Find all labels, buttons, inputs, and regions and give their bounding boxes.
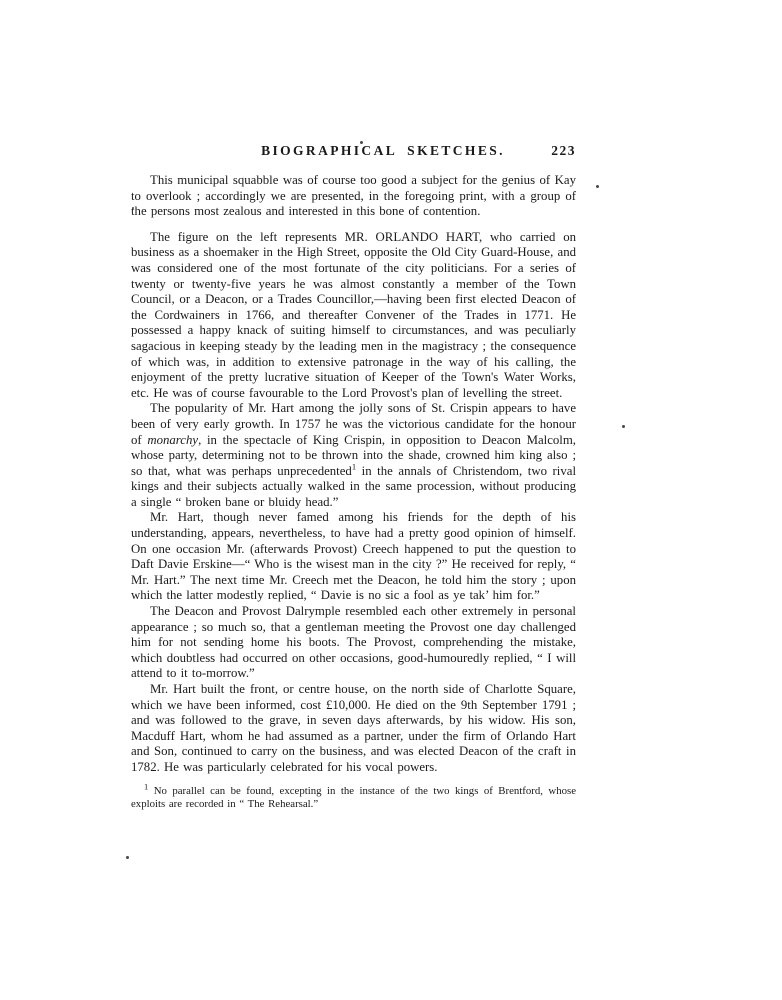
body-paragraphs: This municipal squabble was of course to… <box>131 173 576 776</box>
page-title: BIOGRAPHICAL SKETCHES. <box>261 143 505 159</box>
running-header: BIOGRAPHICAL SKETCHES. 223 <box>131 143 576 160</box>
paragraph-1: This municipal squabble was of course to… <box>131 173 576 220</box>
book-page: BIOGRAPHICAL SKETCHES. 223 This municipa… <box>0 0 782 1000</box>
scan-speck <box>126 856 129 859</box>
paragraph-6: Mr. Hart built the front, or centre hous… <box>131 682 576 776</box>
scan-speck <box>132 207 134 209</box>
page-number: 223 <box>551 143 576 159</box>
paragraph-4: Mr. Hart, though never famed among his f… <box>131 510 576 604</box>
paragraph-3: The popularity of Mr. Hart among the jol… <box>131 401 576 510</box>
scan-speck <box>596 185 599 188</box>
text-block: BIOGRAPHICAL SKETCHES. 223 This municipa… <box>131 143 576 823</box>
scan-speck <box>360 141 363 144</box>
paragraph-5: The Deacon and Provost Dalrymple resembl… <box>131 604 576 682</box>
paragraph-2: The figure on the left represents MR. OR… <box>131 230 576 402</box>
scan-speck <box>145 530 147 532</box>
footnote: 1 No parallel can be found, excepting in… <box>131 785 576 812</box>
scan-speck <box>622 425 625 428</box>
